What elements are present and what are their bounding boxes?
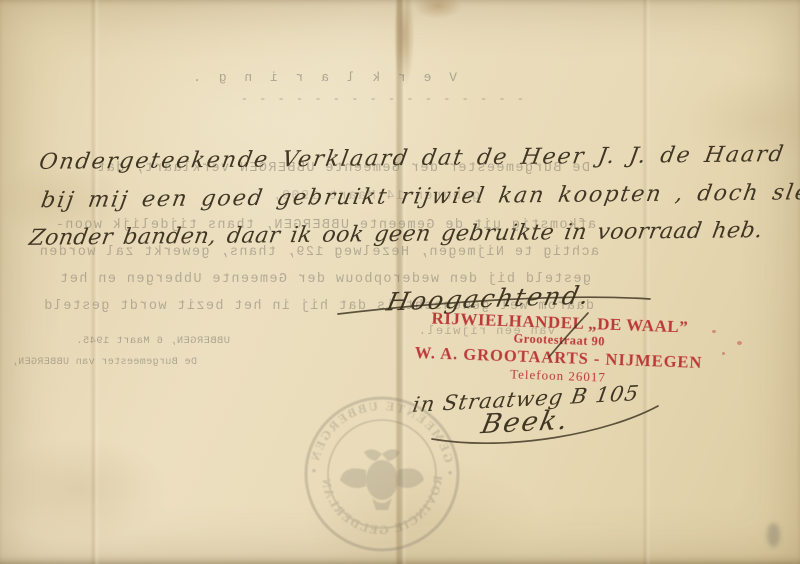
eagle-emblem	[340, 449, 424, 510]
stamp-ink-speck	[712, 330, 716, 333]
smudge-mark	[767, 523, 780, 547]
handwriting-line-2: bij mij een goed gebruikt rijwiel kan ko…	[39, 180, 800, 214]
handwriting-line-1: Ondergeteekende Verklaard dat de Heer J.…	[37, 142, 787, 175]
signature: Beek.	[478, 405, 572, 440]
dealer-rubber-stamp: RIJWIELHANDEL „DE WAAL” Grootestraat 90 …	[405, 309, 713, 388]
municipal-seal: • GEMEENTE UBBERGEN • PROVINCIE GELDERLA…	[300, 392, 464, 556]
mirrored-title: V e r k l a r i n g .	[272, 70, 457, 85]
document-page: V e r k l a r i n g . - - - - - - - - - …	[0, 0, 800, 564]
mirrored-title-underline: - - - - - - - - - - - - - - - - - - - - …	[236, 92, 524, 106]
stamp-ink-speck	[722, 352, 725, 355]
bleed-line-date: UBBERGEN, 6 Maart 1945.	[90, 335, 230, 347]
bleed-line-burgemeester: De Burgemeester van UBBERGEN,	[47, 357, 197, 368]
stamp-ink-speck	[737, 341, 742, 345]
fold-crease-right	[642, 0, 651, 564]
